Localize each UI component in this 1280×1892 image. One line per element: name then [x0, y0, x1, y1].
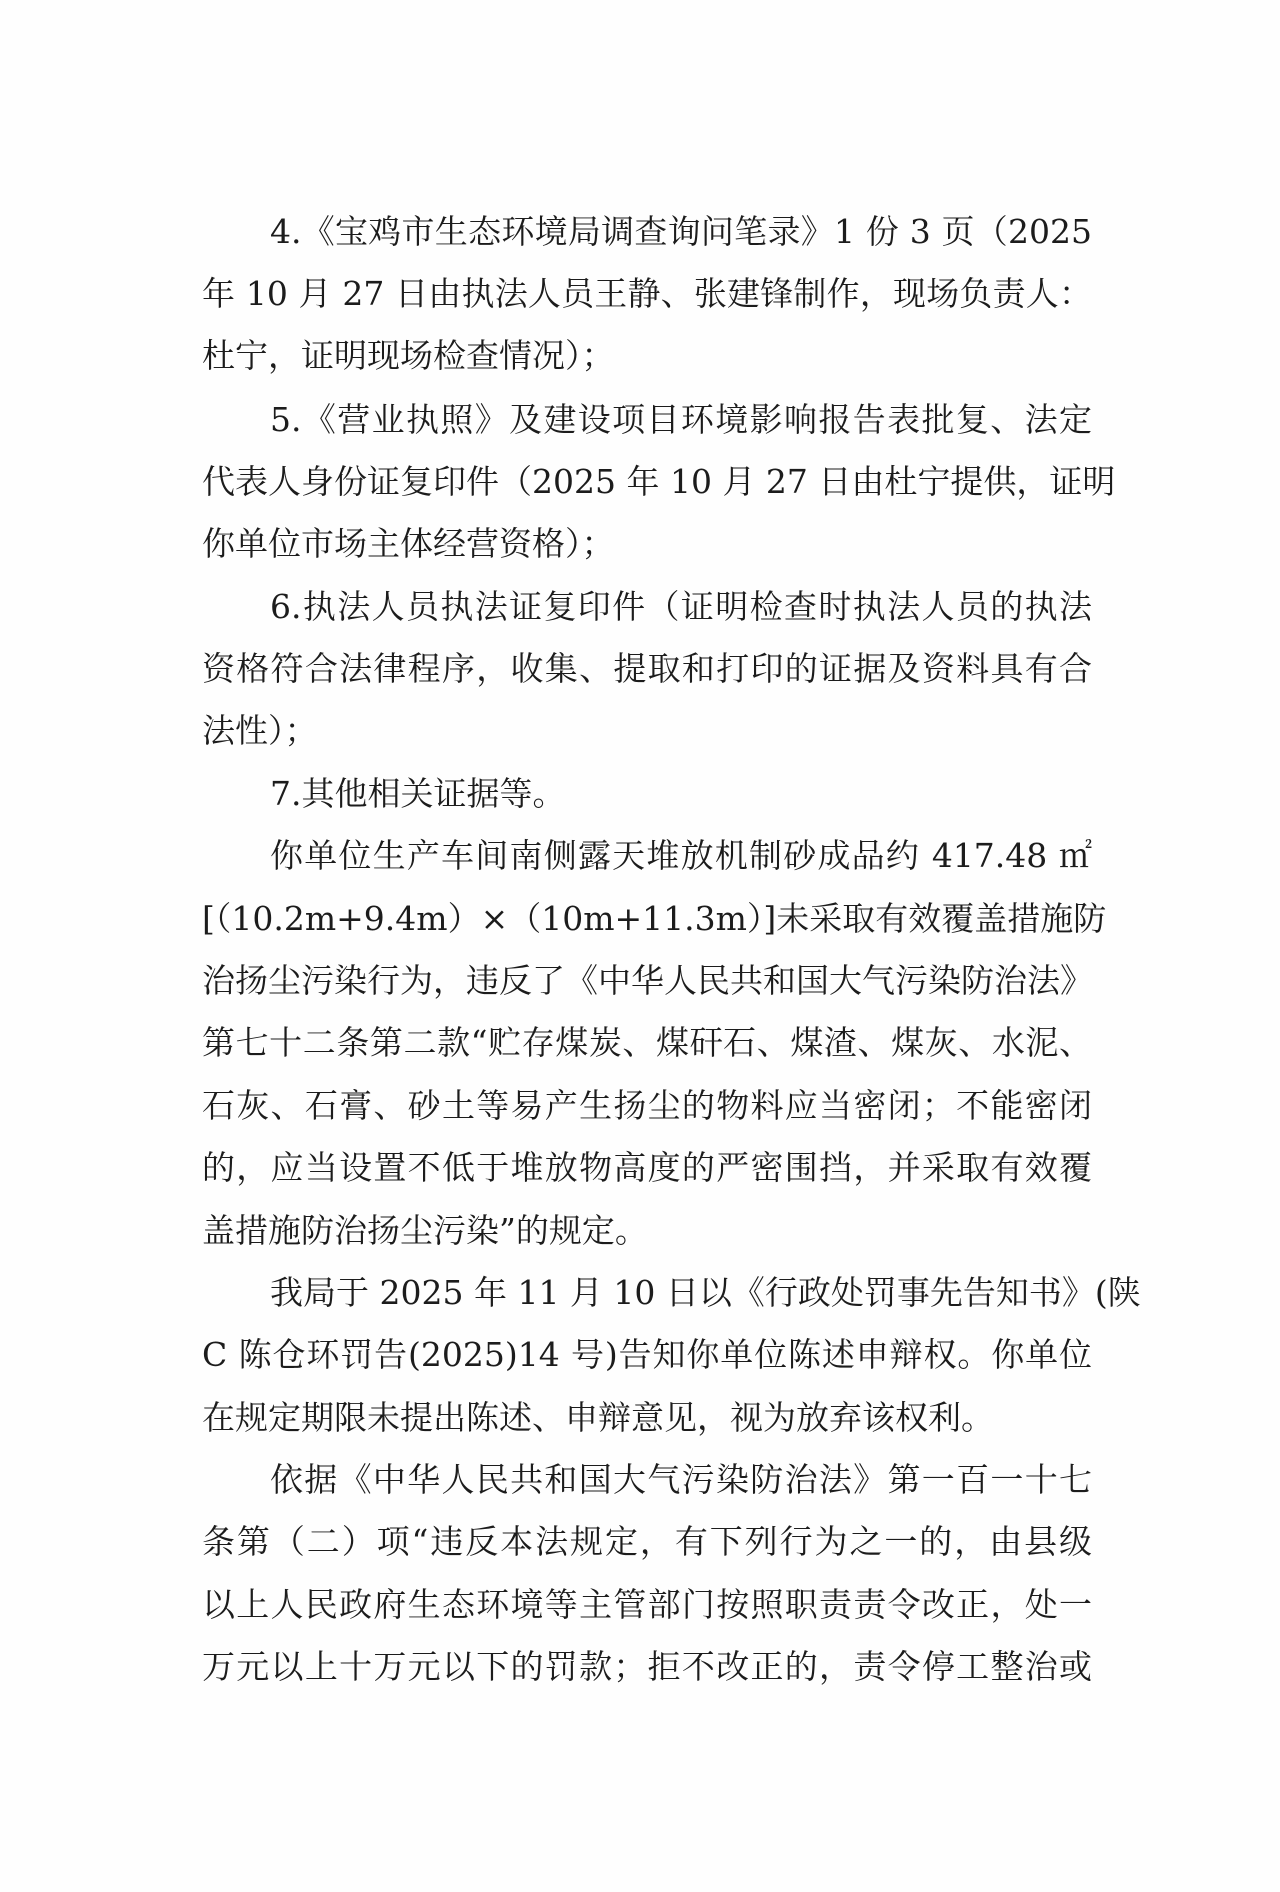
violation-paragraph-line-1: 你单位生产车间南侧露天堆放机制砂成品约 417.48 ㎡: [270, 836, 1092, 876]
evidence-item-5-line-2: 代表人身份证复印件（2025 年 10 月 27 日由杜宁提供，证明: [202, 462, 1092, 502]
document-page: 4.《宝鸡市生态环境局调查询问笔录》1 份 3 页（2025 年 10 月 27…: [0, 0, 1280, 1892]
evidence-item-4-line-3: 杜宁，证明现场检查情况）；: [202, 336, 1092, 376]
evidence-item-5-line-3: 你单位市场主体经营资格）；: [202, 524, 1092, 564]
evidence-item-7: 7.其他相关证据等。: [270, 774, 1092, 814]
violation-paragraph-line-7: 盖措施防治扬尘污染”的规定。: [202, 1211, 1092, 1251]
legal-basis-paragraph-line-4: 万元以上十万元以下的罚款；拒不改正的，责令停工整治或: [202, 1647, 1092, 1687]
legal-basis-paragraph-line-1: 依据《中华人民共和国大气污染防治法》第一百一十七: [270, 1460, 1092, 1500]
legal-basis-paragraph-line-2: 条第（二）项“违反本法规定，有下列行为之一的，由县级: [202, 1522, 1092, 1562]
legal-basis-paragraph-line-3: 以上人民政府生态环境等主管部门按照职责责令改正，处一: [202, 1585, 1092, 1625]
violation-paragraph-line-3: 治扬尘污染行为，违反了《中华人民共和国大气污染防治法》: [202, 961, 1092, 1001]
notice-paragraph-line-1: 我局于 2025 年 11 月 10 日以《行政处罚事先告知书》(陕: [270, 1273, 1092, 1313]
evidence-item-6-line-1: 6.执法人员执法证复印件（证明检查时执法人员的执法: [270, 587, 1092, 627]
evidence-item-6-line-2: 资格符合法律程序，收集、提取和打印的证据及资料具有合: [202, 649, 1092, 689]
violation-paragraph-line-6: 的，应当设置不低于堆放物高度的严密围挡，并采取有效覆: [202, 1148, 1092, 1188]
evidence-item-4-line-2: 年 10 月 27 日由执法人员王静、张建锋制作，现场负责人：: [202, 274, 1092, 314]
evidence-item-4-line-1: 4.《宝鸡市生态环境局调查询问笔录》1 份 3 页（2025: [270, 212, 1092, 252]
violation-paragraph-line-2: [（10.2m+9.4m）×（10m+11.3m）]未采取有效覆盖措施防: [202, 899, 1092, 939]
violation-paragraph-line-4: 第七十二条第二款“贮存煤炭、煤矸石、煤渣、煤灰、水泥、: [202, 1023, 1092, 1063]
notice-paragraph-line-2: C 陈仓环罚告(2025)14 号)告知你单位陈述申辩权。你单位: [202, 1335, 1092, 1375]
notice-paragraph-line-3: 在规定期限未提出陈述、申辩意见，视为放弃该权利。: [202, 1398, 1092, 1438]
evidence-item-5-line-1: 5.《营业执照》及建设项目环境影响报告表批复、法定: [270, 400, 1092, 440]
evidence-item-6-line-3: 法性）；: [202, 711, 1092, 751]
violation-paragraph-line-5: 石灰、石膏、砂土等易产生扬尘的物料应当密闭；不能密闭: [202, 1086, 1092, 1126]
